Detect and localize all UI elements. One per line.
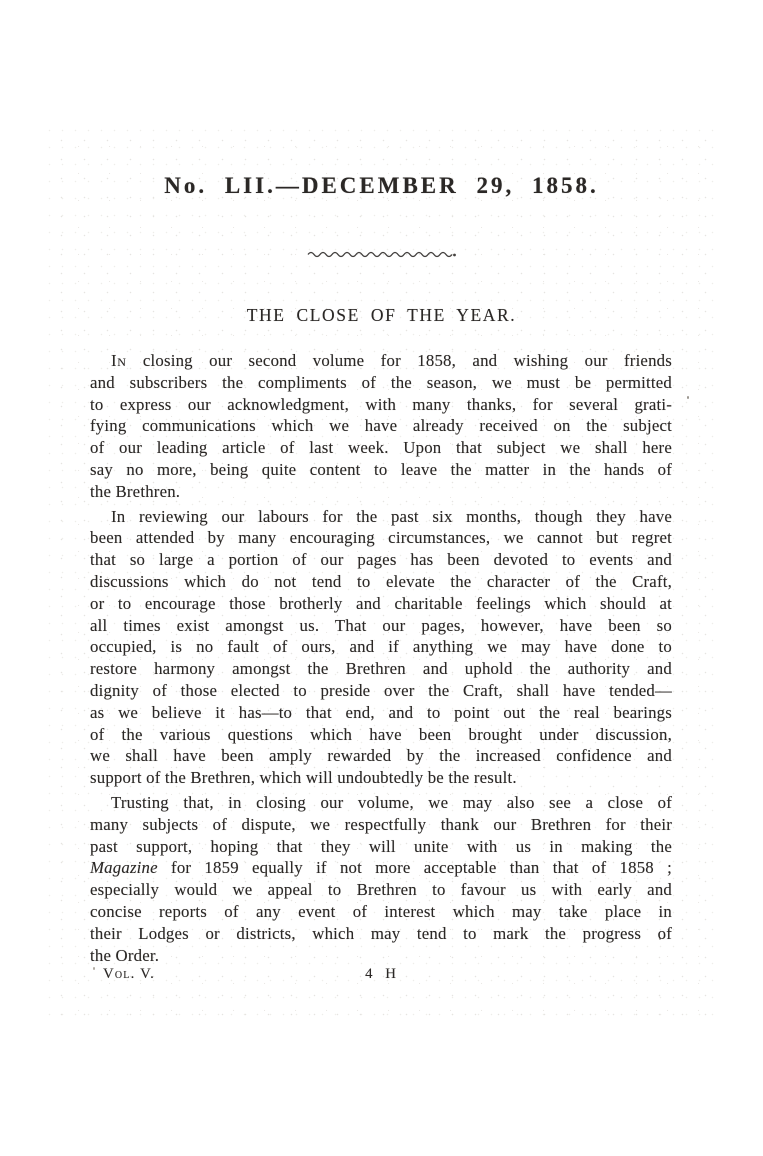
text-line: been attended by many encouraging circum… xyxy=(90,527,672,549)
article-title: THE CLOSE OF THE YEAR. xyxy=(0,305,763,326)
text-line: to express our acknowledgment, with many… xyxy=(90,394,672,416)
line-text: say no more, being quite content to leav… xyxy=(90,460,672,479)
text-line: support of the Brethren, which will undo… xyxy=(90,767,672,789)
line-text: as we believe it has—to that end, and to… xyxy=(90,703,672,722)
line-lead-word: Magazine xyxy=(90,858,158,877)
text-line: as we believe it has—to that end, and to… xyxy=(90,702,672,724)
line-text: especially would we appeal to Brethren t… xyxy=(90,880,672,899)
text-line: or to encourage those brotherly and char… xyxy=(90,593,672,615)
line-text: In reviewing our labours for the past si… xyxy=(111,507,672,526)
article-body: In closing our second volume for 1858, a… xyxy=(90,350,672,969)
text-line: fying communications which we have alrea… xyxy=(90,415,672,437)
squiggle-divider-icon xyxy=(0,249,763,267)
line-text: all times exist amongst us. That our pag… xyxy=(90,616,672,635)
text-line: occupied, is no fault of ours, and if an… xyxy=(90,636,672,658)
line-text: occupied, is no fault of ours, and if an… xyxy=(90,637,672,656)
line-text: for 1859 equally if not more acceptable … xyxy=(158,858,672,877)
line-text: or to encourage those brotherly and char… xyxy=(90,594,672,613)
text-line: the Order. xyxy=(90,945,672,967)
scanned-page: No. LII.—DECEMBER 29, 1858. THE CLOSE OF… xyxy=(0,0,763,1156)
text-line: we shall have been amply rewarded by the… xyxy=(90,745,672,767)
page-footer: Vol. V. 4 H xyxy=(90,966,672,988)
text-line: say no more, being quite content to leav… xyxy=(90,459,672,481)
text-line: the Brethren. xyxy=(90,481,672,503)
line-text: closing our second volume for 1858, and … xyxy=(126,351,672,370)
line-text: discussions which do not tend to elevate… xyxy=(90,572,672,591)
line-text: many subjects of dispute, we respectfull… xyxy=(90,815,672,834)
line-text: that so large a portion of our pages has… xyxy=(90,550,672,569)
text-line: discussions which do not tend to elevate… xyxy=(90,571,672,593)
text-line: of the various questions which have been… xyxy=(90,724,672,746)
line-text: and subscribers the compliments of the s… xyxy=(90,373,672,392)
line-text: the Brethren. xyxy=(90,482,180,501)
signature-mark: 4 H xyxy=(90,966,672,983)
text-line: In reviewing our labours for the past si… xyxy=(90,506,672,528)
line-text: their Lodges or districts, which may ten… xyxy=(90,924,672,943)
line-text: to express our acknowledgment, with many… xyxy=(90,395,672,414)
text-line: that so large a portion of our pages has… xyxy=(90,549,672,571)
issue-header: No. LII.—DECEMBER 29, 1858. xyxy=(0,173,763,199)
text-line: Trusting that, in closing our volume, we… xyxy=(90,792,672,814)
line-lead-word: In xyxy=(111,351,126,370)
text-line: many subjects of dispute, we respectfull… xyxy=(90,814,672,836)
line-text: dignity of those elected to preside over… xyxy=(90,681,672,700)
scan-speck-marks xyxy=(687,396,689,399)
line-text: support of the Brethren, which will undo… xyxy=(90,768,517,787)
line-text: been attended by many encouraging circum… xyxy=(90,528,672,547)
text-line: In closing our second volume for 1858, a… xyxy=(90,350,672,372)
text-line: and subscribers the compliments of the s… xyxy=(90,372,672,394)
text-line: Magazine for 1859 equally if not more ac… xyxy=(90,857,672,879)
line-text: Trusting that, in closing our volume, we… xyxy=(111,793,672,812)
line-text: restore harmony amongst the Brethren and… xyxy=(90,659,672,678)
text-line: restore harmony amongst the Brethren and… xyxy=(90,658,672,680)
text-line: all times exist amongst us. That our pag… xyxy=(90,615,672,637)
text-line: past support, hoping that they will unit… xyxy=(90,836,672,858)
text-line: concise reports of any event of interest… xyxy=(90,901,672,923)
line-text: concise reports of any event of interest… xyxy=(90,902,672,921)
text-line: of our leading article of last week. Upo… xyxy=(90,437,672,459)
line-text: of our leading article of last week. Upo… xyxy=(90,438,672,457)
text-line: their Lodges or districts, which may ten… xyxy=(90,923,672,945)
line-text: we shall have been amply rewarded by the… xyxy=(90,746,672,765)
text-line: especially would we appeal to Brethren t… xyxy=(90,879,672,901)
line-text: fying communications which we have alrea… xyxy=(90,416,672,435)
line-text: past support, hoping that they will unit… xyxy=(90,837,672,856)
line-text: the Order. xyxy=(90,946,159,965)
text-line: dignity of those elected to preside over… xyxy=(90,680,672,702)
line-text: of the various questions which have been… xyxy=(90,725,672,744)
